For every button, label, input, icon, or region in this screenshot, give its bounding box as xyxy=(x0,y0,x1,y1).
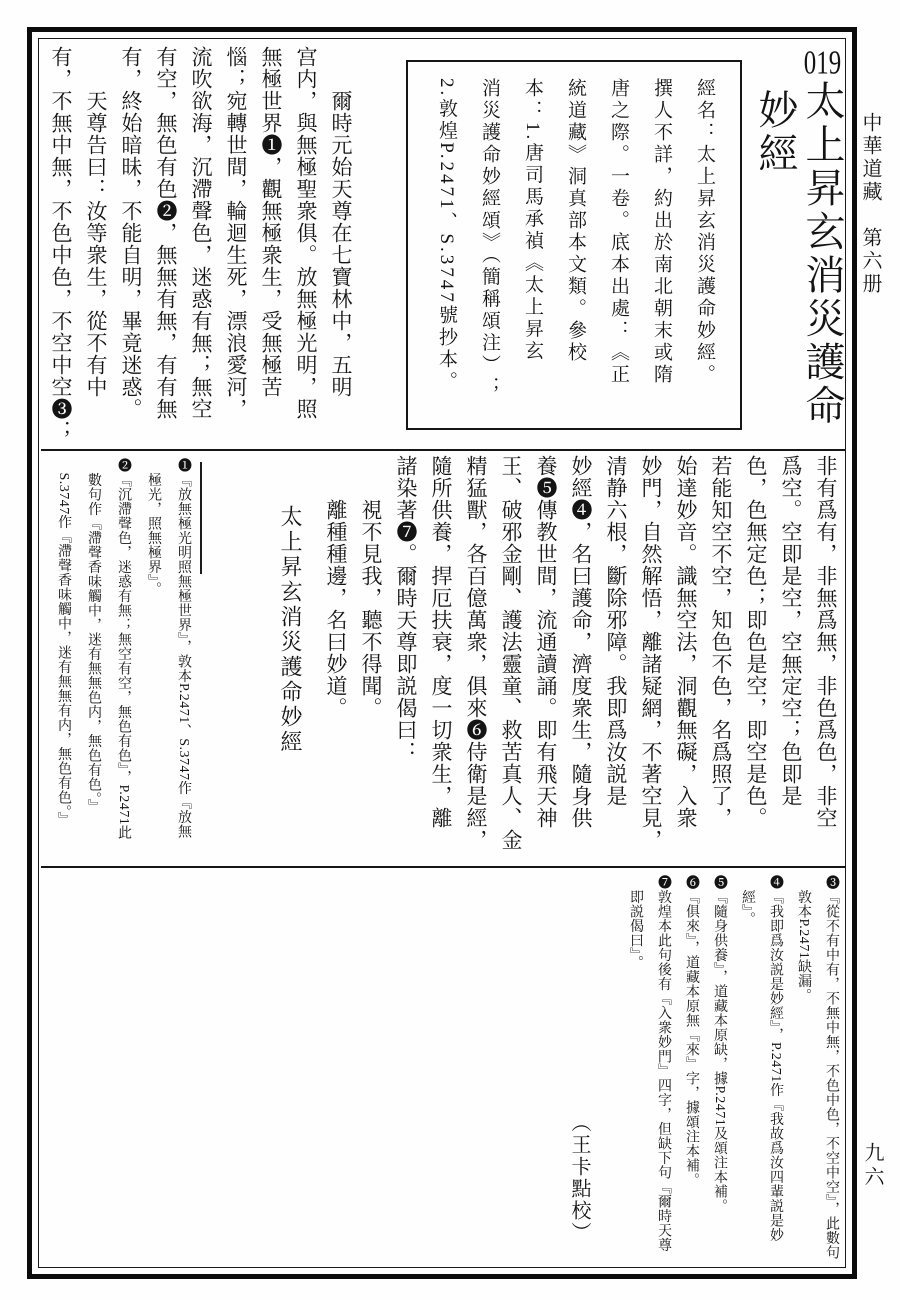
abstract-text: 經名：太上昇玄消災護命妙經。 撰人不詳，約出於南北朝末或隋 唐之際。一卷。底本出… xyxy=(408,62,740,428)
title-main-line: 太上昇玄消災護命 xyxy=(800,80,845,428)
volume-label: 中華道藏 第六册 xyxy=(856,112,885,352)
footnotes-part1: ❶『放無極光明照無極世界』，敦本P.2471、S.3747作『放無 極光，照無極… xyxy=(46,458,198,860)
scanned-scripture-page: 中華道藏 第六册 九六 019太上昇玄消災護命 妙經 經名：太上昇玄消災護命妙經… xyxy=(0,0,900,1300)
scripture-continuation: 非有爲有，非無爲無，非色爲色，非空 爲空。空即是空，空無定空；色即是 色，色無定… xyxy=(318,455,843,863)
scripture-opening: 爾時元始天尊在七寶林中，五明 宫内，與無極聖衆俱。放無極光明，照 無極世界❶，觀… xyxy=(43,46,358,446)
section-divider-2 xyxy=(41,866,845,868)
colophon-editor-credit: （王卡點校） xyxy=(554,1112,594,1272)
footnotes-part2: ❸『從不有中有，不無中無，不色中色，不空中空』，此數句 敦本P.2471缺漏。 … xyxy=(619,875,845,1267)
footnote-separator-rule xyxy=(200,462,202,574)
title-wrap-line: 妙經 xyxy=(753,46,798,176)
section-divider-1 xyxy=(41,449,845,451)
scripture-end-title: 太上昇玄消災護命妙經 xyxy=(266,455,306,863)
abstract-box: 經名：太上昇玄消災護命妙經。 撰人不詳，約出於南北朝末或隋 唐之際。一卷。底本出… xyxy=(406,60,742,430)
serial-number: 019 xyxy=(804,46,841,80)
page-number: 九六 xyxy=(858,1142,887,1222)
